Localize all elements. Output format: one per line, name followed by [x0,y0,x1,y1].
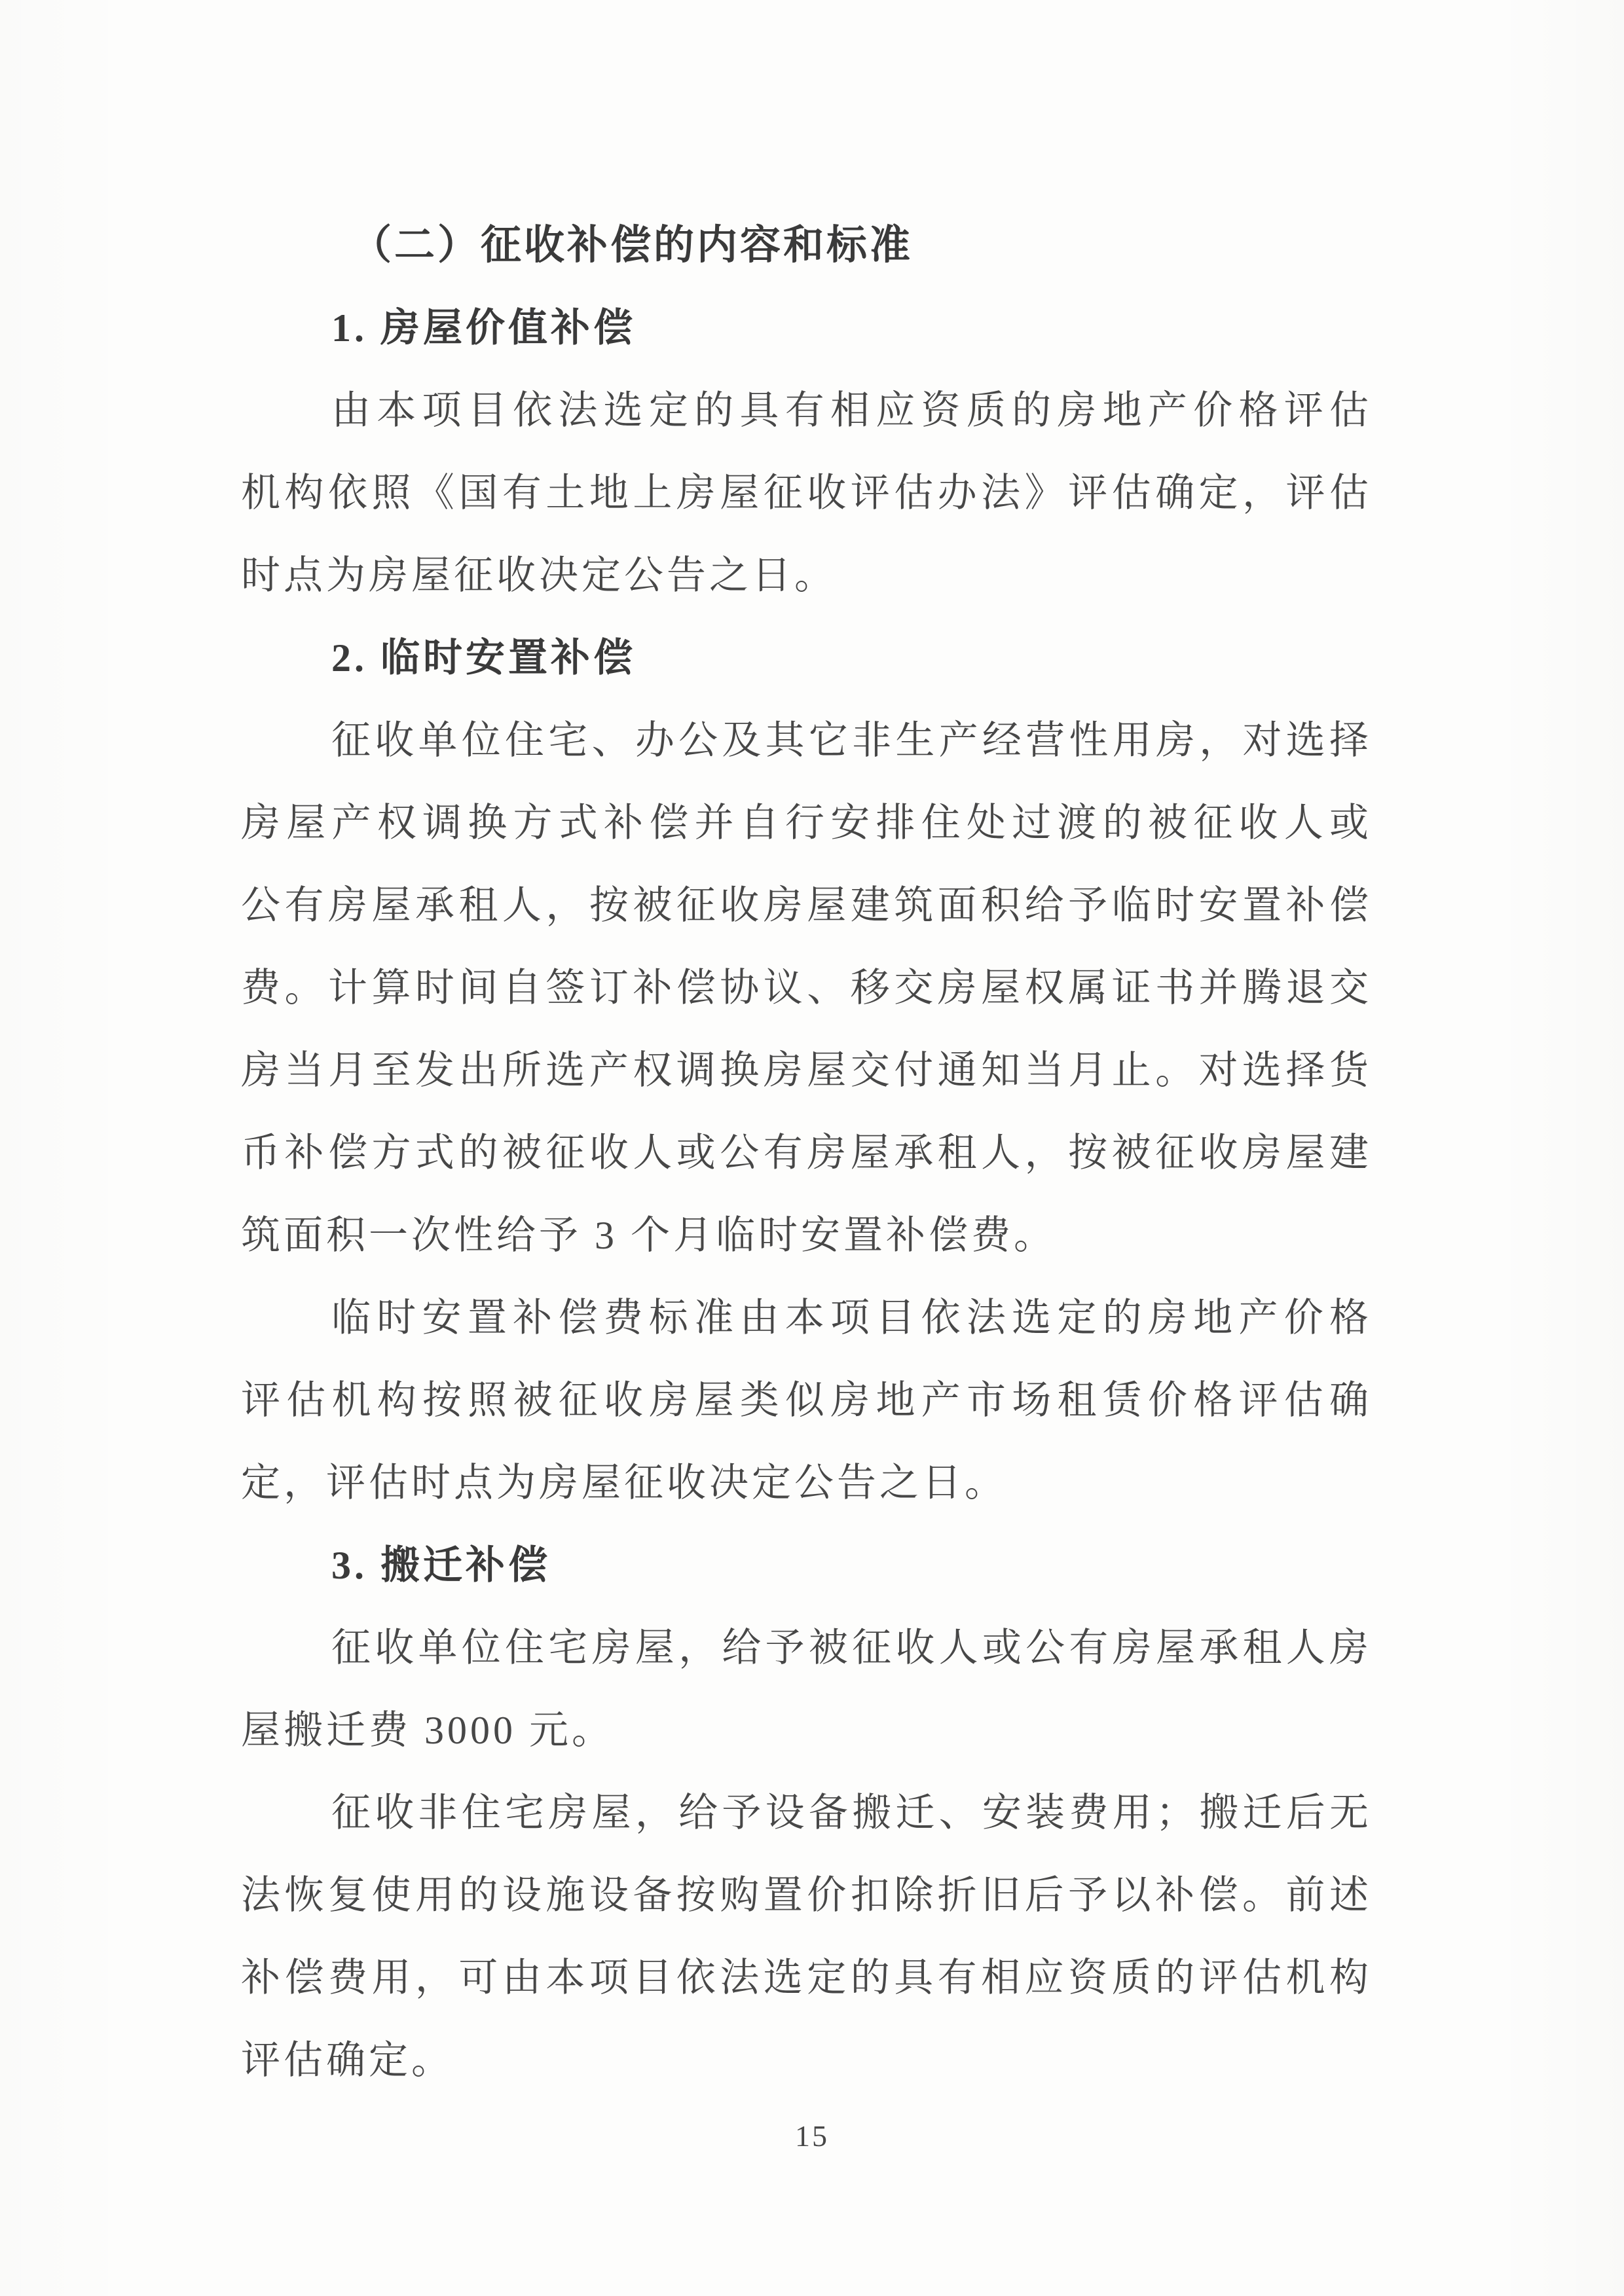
section-heading: （二）征收补偿的内容和标准 [241,204,1372,287]
subsection-heading: 2. 临时安置补偿 [241,617,1372,699]
text-line: 时点为房屋征收决定公告之日。 [241,534,1372,617]
text-line: 由本项目依法选定的具有相应资质的房地产价格评估 [241,369,1372,452]
text-line: 征收非住宅房屋，给予设备搬迁、安装费用；搬迁后无 [241,1772,1372,1854]
document-body: （二）征收补偿的内容和标准1. 房屋价值补偿由本项目依法选定的具有相应资质的房地… [241,204,1372,2102]
text-line: 评估确定。 [241,2019,1372,2102]
text-line: 房屋产权调换方式补偿并自行安排住处过渡的被征收人或 [241,782,1372,864]
page-number: 15 [0,2119,1624,2153]
text-line: 征收单位住宅房屋，给予被征收人或公有房屋承租人房 [241,1607,1372,1689]
text-line: 费。计算时间自签订补偿协议、移交房屋权属证书并腾退交 [241,947,1372,1029]
text-line: 币补偿方式的被征收人或公有房屋承租人，按被征收房屋建 [241,1112,1372,1194]
text-line: 临时安置补偿费标准由本项目依法选定的房地产价格 [241,1277,1372,1359]
text-line: 法恢复使用的设施设备按购置价扣除折旧后予以补偿。前述 [241,1854,1372,1937]
text-line: 筑面积一次性给予 3 个月临时安置补偿费。 [241,1194,1372,1277]
subsection-heading: 3. 搬迁补偿 [241,1524,1372,1607]
text-line: 房当月至发出所选产权调换房屋交付通知当月止。对选择货 [241,1029,1372,1112]
text-line: 屋搬迁费 3000 元。 [241,1689,1372,1772]
text-line: 公有房屋承租人，按被征收房屋建筑面积给予临时安置补偿 [241,864,1372,947]
subsection-heading: 1. 房屋价值补偿 [241,287,1372,369]
text-line: 征收单位住宅、办公及其它非生产经营性用房，对选择 [241,699,1372,782]
document-page: （二）征收补偿的内容和标准1. 房屋价值补偿由本项目依法选定的具有相应资质的房地… [0,0,1624,2296]
text-line: 定，评估时点为房屋征收决定公告之日。 [241,1442,1372,1524]
text-line: 评估机构按照被征收房屋类似房地产市场租赁价格评估确 [241,1359,1372,1442]
text-line: 机构依照《国有土地上房屋征收评估办法》评估确定，评估 [241,452,1372,534]
text-line: 补偿费用，可由本项目依法选定的具有相应资质的评估机构 [241,1937,1372,2019]
